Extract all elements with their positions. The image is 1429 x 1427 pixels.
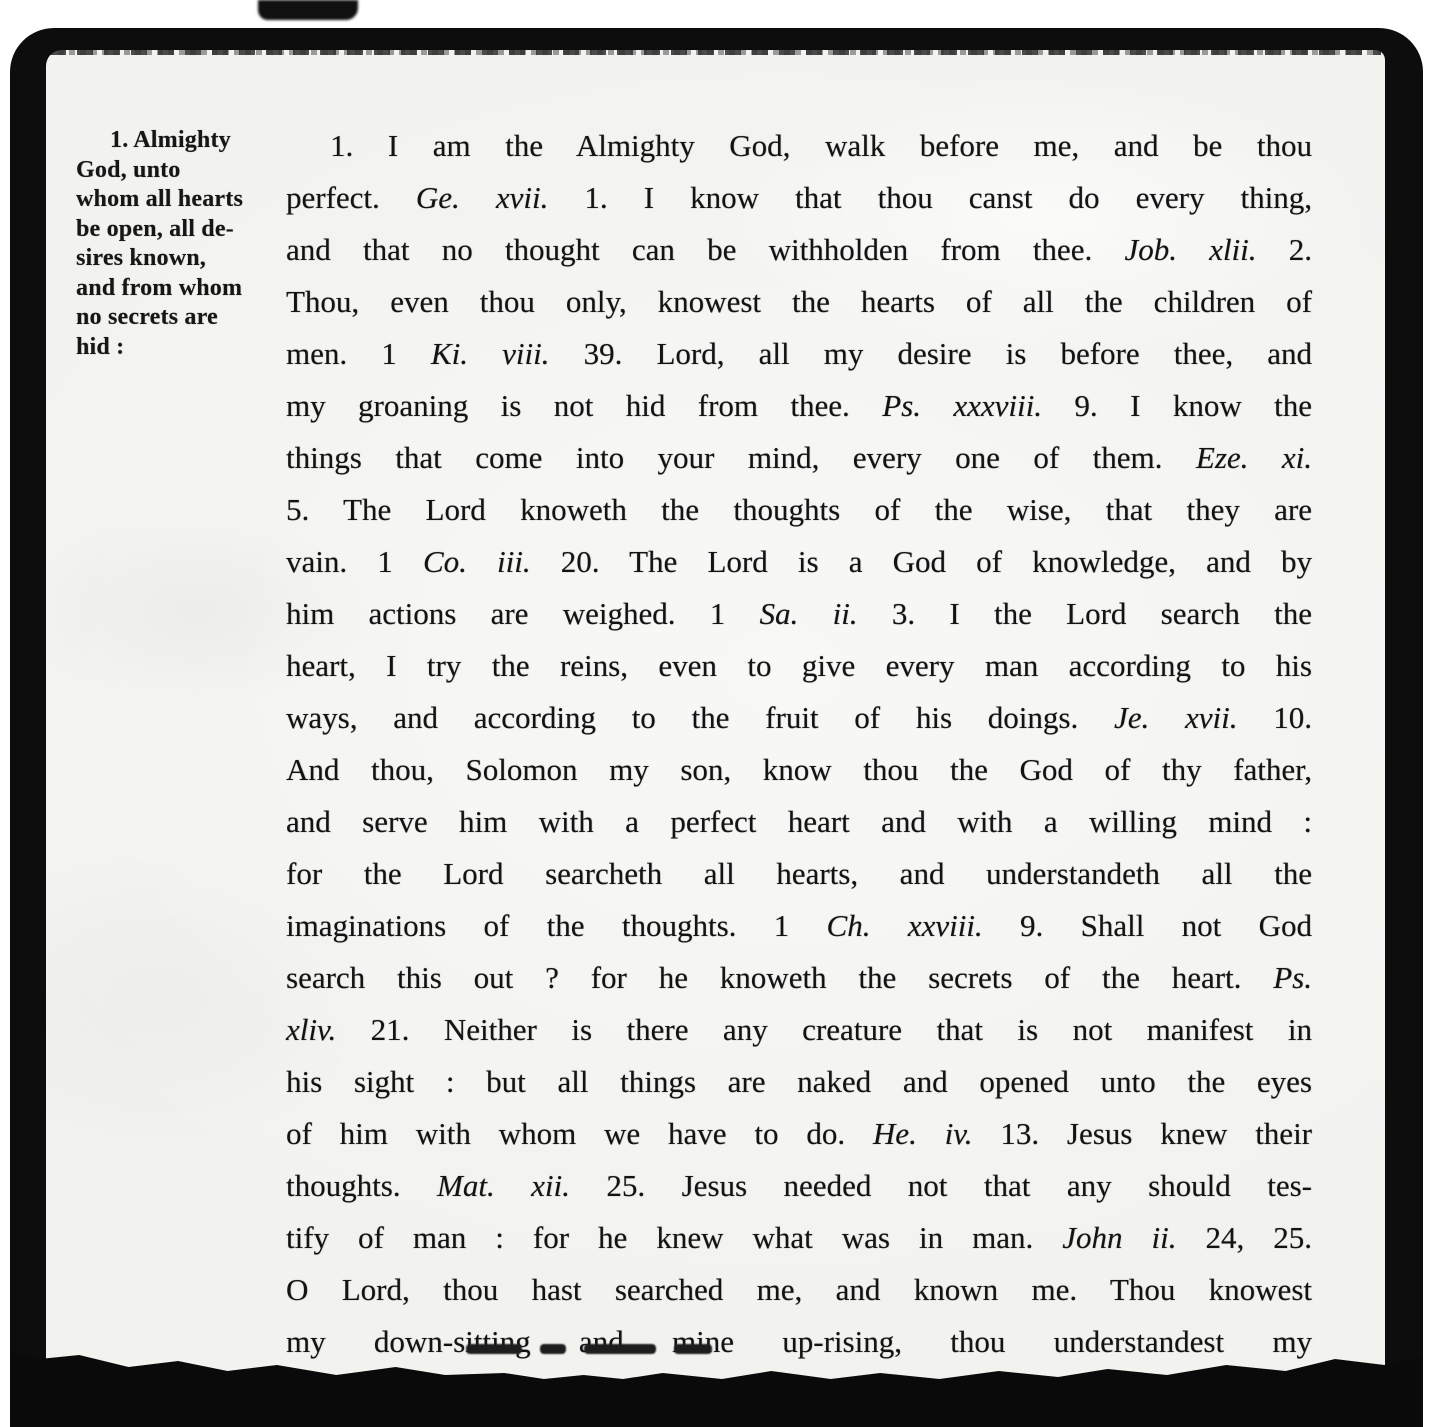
- scripture-citation: Co. iii.: [423, 544, 531, 579]
- scanned-page: 1. AlmightyGod, untowhom all heartsbe op…: [46, 50, 1385, 1427]
- body-text-segment: 39. Lord, all my desire is before thee, …: [549, 336, 1312, 371]
- body-text-segment: 5. The Lord knoweth the thoughts of the …: [286, 492, 1312, 527]
- body-text-segment: tify of man : for he knew what was in ma…: [286, 1220, 1062, 1255]
- body-text-segment: ways, and according to the fruit of his …: [286, 700, 1114, 735]
- body-text-segment: heart, I try the reins, even to give eve…: [286, 648, 1312, 683]
- body-text-line: him actions are weighed. 1 Sa. ii. 3. I …: [286, 588, 1312, 640]
- scripture-citation: He. iv.: [873, 1116, 973, 1151]
- scripture-citation: xliv.: [286, 1012, 336, 1047]
- body-text-segment: imaginations of the thoughts. 1: [286, 908, 827, 943]
- body-text-segment: for the Lord searcheth all hearts, and u…: [286, 856, 1312, 891]
- body-text-line: and serve him with a perfect heart and w…: [286, 796, 1312, 848]
- body-text-line: heart, I try the reins, even to give eve…: [286, 640, 1312, 692]
- margin-note-line: and from whom: [76, 274, 300, 304]
- scripture-citation: Je. xvii.: [1114, 700, 1238, 735]
- body-text-line: thoughts. Mat. xii. 25. Jesus needed not…: [286, 1160, 1312, 1212]
- body-text-line: 1. I am the Almighty God, walk before me…: [286, 120, 1312, 172]
- body-text-line: his sight : but all things are naked and…: [286, 1056, 1312, 1108]
- body-text-line: O Lord, thou hast searched me, and known…: [286, 1264, 1312, 1316]
- torn-bottom-edge: [10, 1345, 1423, 1427]
- body-text-segment: of him with whom we have to do.: [286, 1116, 873, 1151]
- body-text-line: perfect. Ge. xvii. 1. I know that thou c…: [286, 172, 1312, 224]
- scripture-citation: Ge. xvii.: [416, 180, 548, 215]
- body-text-segment: 9. Shall not God: [983, 908, 1312, 943]
- body-text-segment: 24, 25.: [1176, 1220, 1312, 1255]
- body-text-segment: 13. Jesus knew their: [972, 1116, 1312, 1151]
- body-text-segment: him actions are weighed. 1: [286, 596, 760, 631]
- margin-note-line: hid :: [76, 333, 300, 363]
- screenshot-canvas: 1. AlmightyGod, untowhom all heartsbe op…: [0, 0, 1429, 1427]
- scripture-citation: John ii.: [1062, 1220, 1176, 1255]
- body-text-line: ways, and according to the fruit of his …: [286, 692, 1312, 744]
- scripture-citation: Ki. viii.: [431, 336, 550, 371]
- margin-note-line: sires known,: [76, 244, 300, 274]
- body-text-segment: Thou, even thou only, knowest the hearts…: [286, 284, 1312, 319]
- scripture-citation: Job. xlii.: [1124, 232, 1256, 267]
- body-text-segment: 1. I know that thou canst do every thing…: [548, 180, 1312, 215]
- body-text-segment: 2.: [1257, 232, 1312, 267]
- page-edge-shadow: 1. AlmightyGod, untowhom all heartsbe op…: [10, 28, 1423, 1427]
- body-text-segment: and that no thought can be withholden fr…: [286, 232, 1124, 267]
- body-text-line: tify of man : for he knew what was in ma…: [286, 1212, 1312, 1264]
- body-text-segment: O Lord, thou hast searched me, and known…: [286, 1272, 1312, 1307]
- scripture-citation: Mat. xii.: [437, 1168, 570, 1203]
- margin-note-line: be open, all de-: [76, 215, 300, 245]
- body-text-segment: things that come into your mind, every o…: [286, 440, 1196, 475]
- scripture-citation: Sa. ii.: [760, 596, 858, 631]
- body-text-segment: 25. Jesus needed not that any should tes…: [570, 1168, 1312, 1203]
- scripture-citation: Eze. xi.: [1196, 440, 1312, 475]
- margin-note-line: whom all hearts: [76, 185, 300, 215]
- body-text-line: of him with whom we have to do. He. iv. …: [286, 1108, 1312, 1160]
- scripture-citation: Ps. xxxviii.: [882, 388, 1042, 423]
- body-text-line: imaginations of the thoughts. 1 Ch. xxvi…: [286, 900, 1312, 952]
- body-text-line: Thou, even thou only, knowest the hearts…: [286, 276, 1312, 328]
- margin-note-line: God, unto: [76, 156, 300, 186]
- body-text-segment: And thou, Solomon my son, know thou the …: [286, 752, 1312, 787]
- body-text-segment: my groaning is not hid from thee.: [286, 388, 882, 423]
- body-text-segment: his sight : but all things are naked and…: [286, 1064, 1312, 1099]
- margin-note: 1. AlmightyGod, untowhom all heartsbe op…: [76, 126, 300, 362]
- body-text-segment: 21. Neither is there any creature that i…: [336, 1012, 1312, 1047]
- body-text-line: search this out ? for he knoweth the sec…: [286, 952, 1312, 1004]
- body-text-line: and that no thought can be withholden fr…: [286, 224, 1312, 276]
- margin-note-line: no secrets are: [76, 303, 300, 333]
- body-text-segment: vain. 1: [286, 544, 423, 579]
- body-text-segment: thoughts.: [286, 1168, 437, 1203]
- body-text-segment: men. 1: [286, 336, 431, 371]
- body-text-line: 5. The Lord knoweth the thoughts of the …: [286, 484, 1312, 536]
- body-text-segment: 10.: [1238, 700, 1313, 735]
- scripture-citation: Ps.: [1273, 960, 1312, 995]
- margin-note-line: 1. Almighty: [76, 126, 300, 156]
- scripture-citation: Ch. xxviii.: [827, 908, 983, 943]
- body-text-segment: search this out ? for he knoweth the sec…: [286, 960, 1273, 995]
- scan-smudge: [258, 0, 358, 20]
- body-text-line: xliv. 21. Neither is there any creature …: [286, 1004, 1312, 1056]
- body-text: 1. I am the Almighty God, walk before me…: [286, 120, 1312, 1368]
- body-text-line: men. 1 Ki. viii. 39. Lord, all my desire…: [286, 328, 1312, 380]
- body-text-segment: 1. I am the Almighty God, walk before me…: [330, 128, 1312, 163]
- body-text-line: vain. 1 Co. iii. 20. The Lord is a God o…: [286, 536, 1312, 588]
- body-text-segment: 9. I know the: [1042, 388, 1312, 423]
- body-text-segment: perfect.: [286, 180, 416, 215]
- body-text-line: my groaning is not hid from thee. Ps. xx…: [286, 380, 1312, 432]
- body-text-line: And thou, Solomon my son, know thou the …: [286, 744, 1312, 796]
- body-text-segment: and serve him with a perfect heart and w…: [286, 804, 1312, 839]
- body-text-line: things that come into your mind, every o…: [286, 432, 1312, 484]
- body-text-segment: 20. The Lord is a God of knowledge, and …: [531, 544, 1312, 579]
- body-text-segment: 3. I the Lord search the: [858, 596, 1312, 631]
- body-text-line: for the Lord searcheth all hearts, and u…: [286, 848, 1312, 900]
